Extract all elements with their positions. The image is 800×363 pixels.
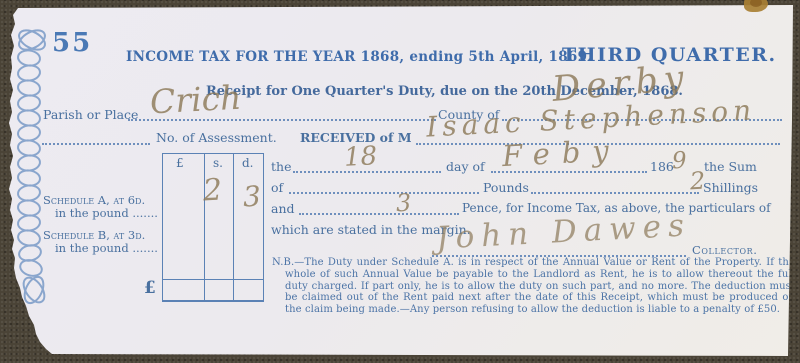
month-handwriting: Feby	[501, 133, 621, 173]
assessment-label: No. of Assessment.	[156, 130, 277, 145]
the-label: the	[271, 159, 291, 174]
receipt-paper: 55 INCOME TAX FOR THE YEAR 1868, ending …	[0, 0, 800, 363]
form-title: INCOME TAX FOR THE YEAR 1868, ending 5th…	[126, 49, 592, 65]
counterfoil-number: 55	[52, 28, 92, 58]
parish-label: Parish or Place	[43, 107, 138, 122]
year-digit-handwriting: 9	[671, 148, 687, 175]
table-total-line	[163, 279, 263, 280]
nota-bene-paragraph: N.B.—The Duty under Schedule A. is in re…	[272, 257, 795, 316]
table-pence-handwriting: 3	[242, 180, 262, 214]
the-sum-label: the Sum	[704, 159, 757, 174]
schedule-a-label-2: in the pound .......	[55, 206, 158, 220]
pounds-label: Pounds	[483, 180, 529, 195]
pence-handwriting: 3	[395, 189, 412, 218]
col-header-pounds: £	[176, 156, 184, 170]
day-of-label: day of	[446, 159, 485, 174]
shillings-label: Shillings	[703, 180, 758, 195]
total-pound-symbol: £	[144, 278, 156, 298]
chain-border-icon	[13, 27, 51, 319]
dotted-leader	[299, 198, 459, 215]
year-printed: 186	[650, 159, 674, 174]
day-handwriting: 18	[343, 141, 378, 173]
schedule-b-label-2: in the pound .......	[55, 241, 158, 255]
schedule-b-label: Schedule B, at 3d.	[43, 228, 145, 242]
schedule-a-label: Schedule A, at 6d.	[43, 193, 145, 207]
table-shillings-handwriting: 2	[202, 173, 223, 209]
photo-background: 55 INCOME TAX FOR THE YEAR 1868, ending …	[0, 0, 800, 363]
col-header-shillings: s.	[213, 156, 223, 170]
dotted-leader	[289, 177, 479, 194]
of-label: of	[271, 180, 283, 195]
shillings-handwriting: 2	[689, 167, 706, 196]
dotted-leader	[42, 128, 150, 145]
parish-handwriting: Crich	[149, 78, 242, 122]
dotted-leader	[531, 177, 699, 194]
and-label: and	[271, 201, 295, 216]
collector-label: Collector.	[692, 243, 758, 257]
col-header-pence: d.	[242, 156, 254, 170]
